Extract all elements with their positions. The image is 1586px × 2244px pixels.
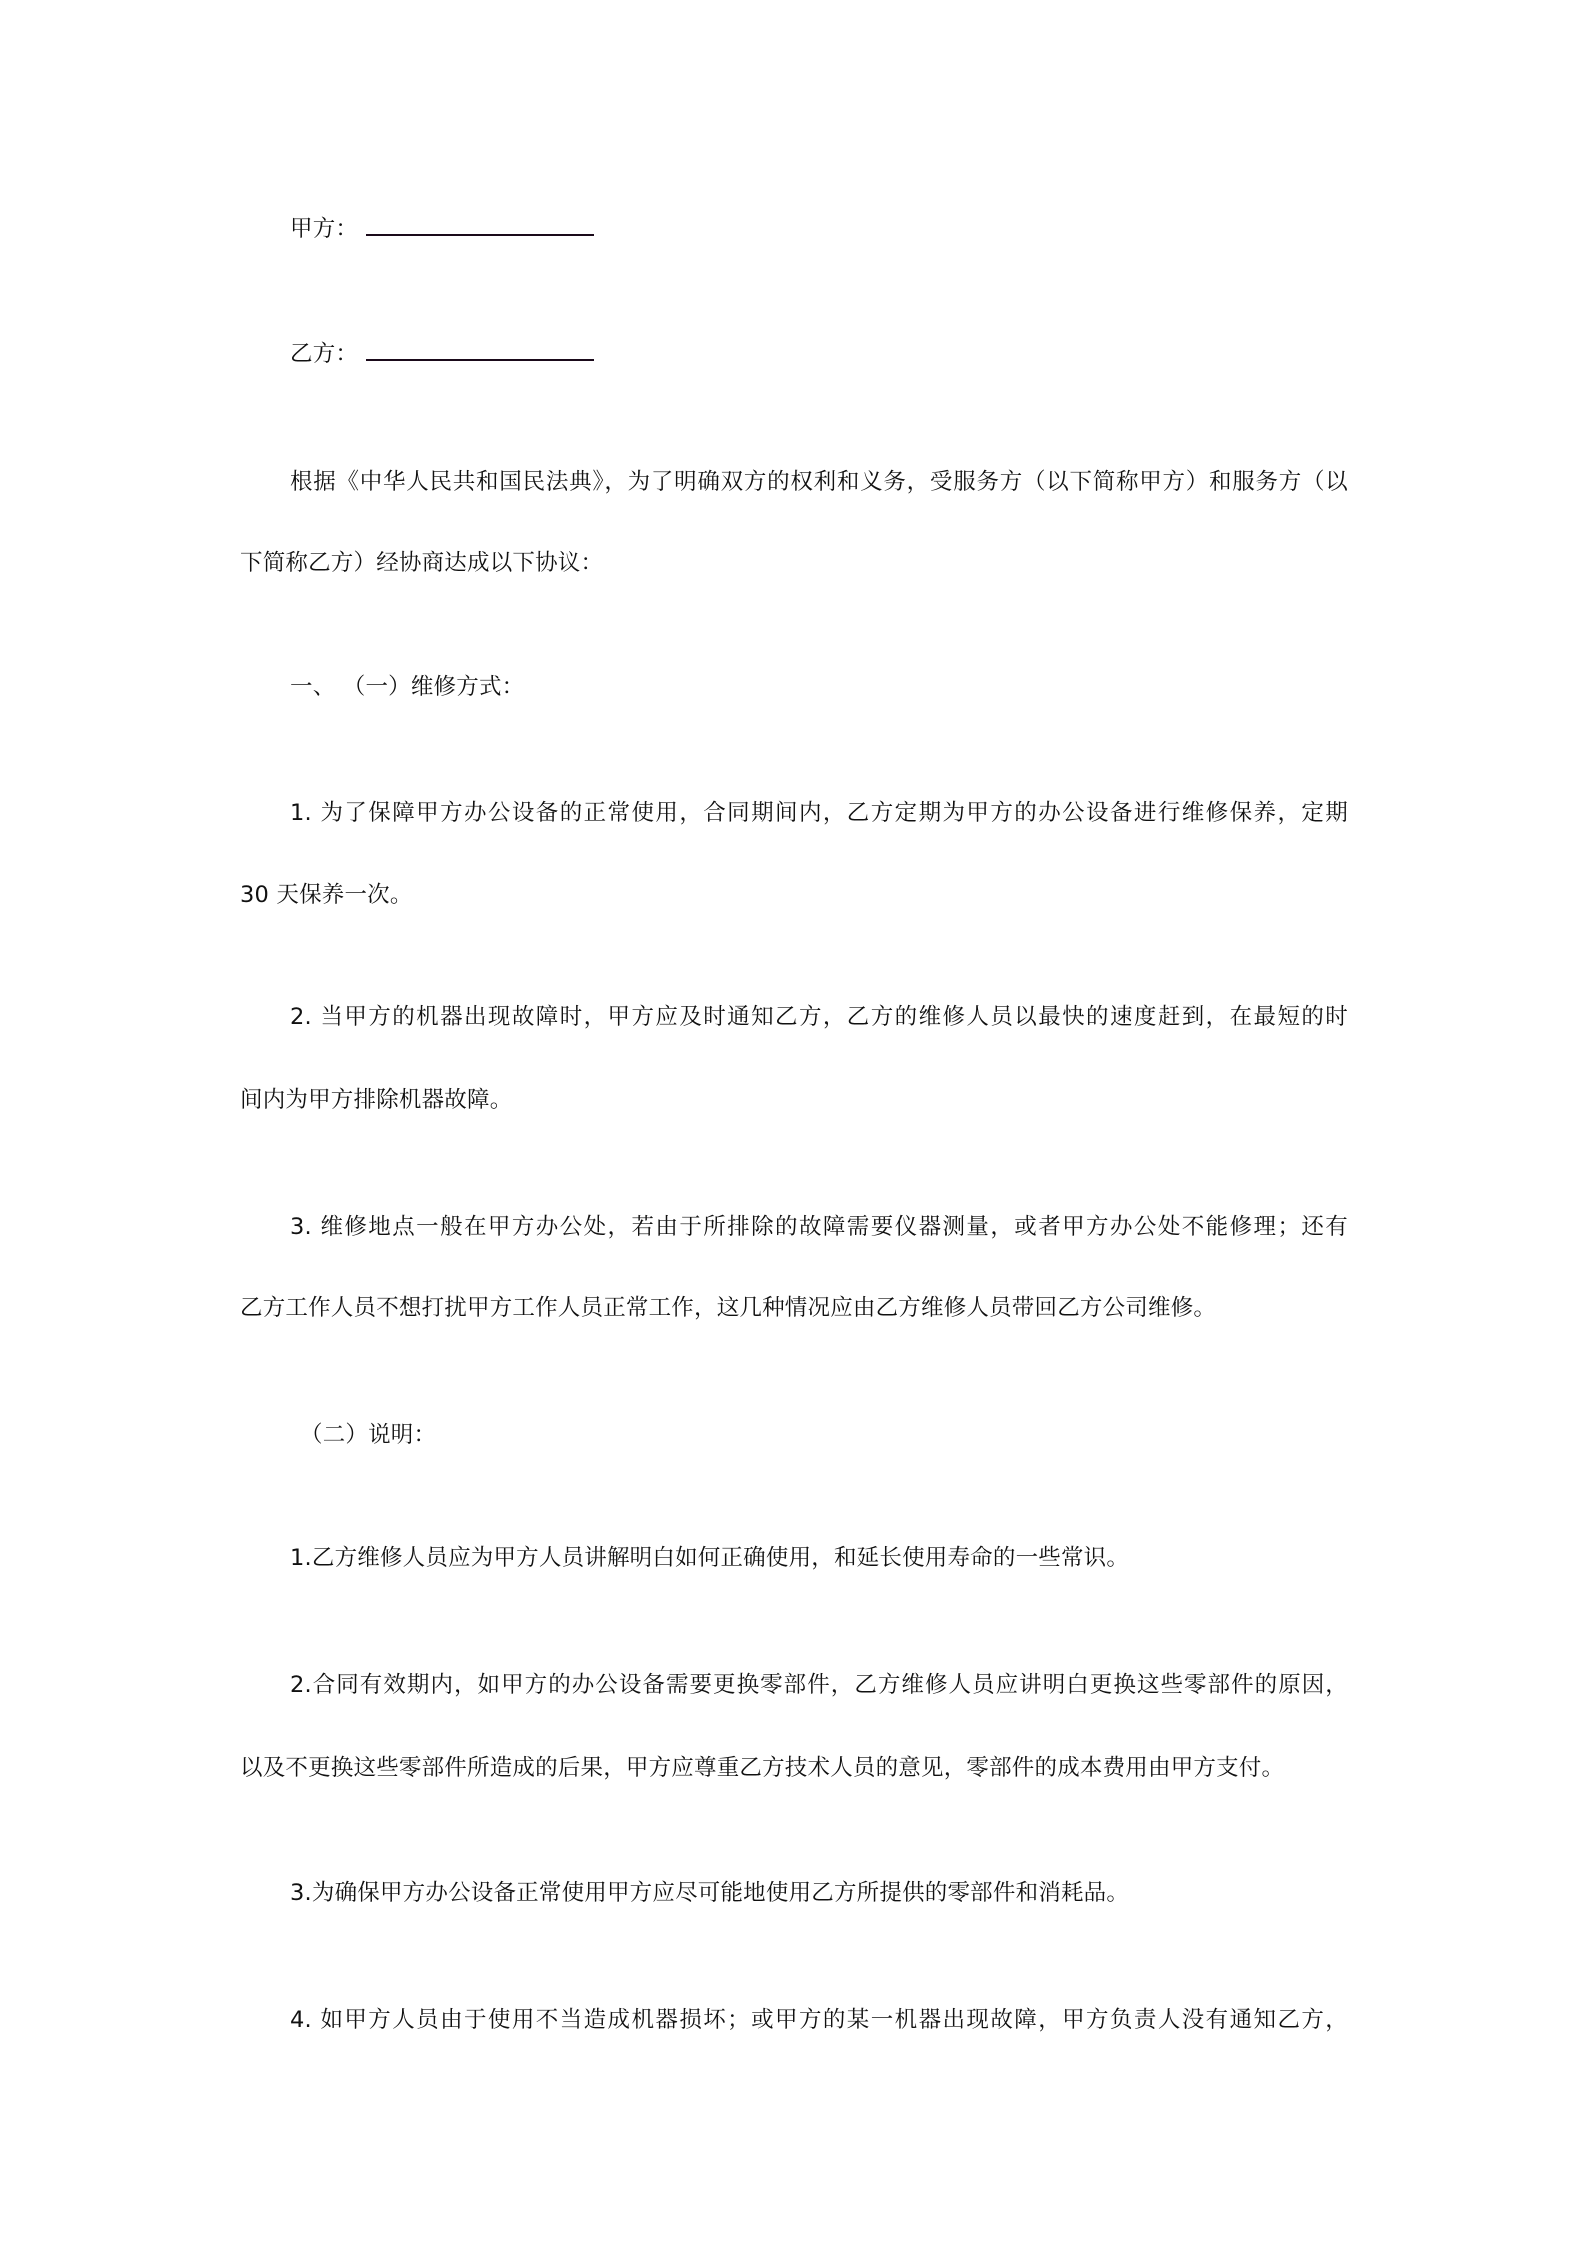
section-1-item-1-line-2: 30 天保养一次。 bbox=[240, 880, 413, 910]
party-b-blank-field[interactable] bbox=[366, 339, 594, 361]
preamble-line-2: 下简称乙方）经协商达成以下协议： bbox=[240, 548, 603, 578]
party-b-row: 乙方： bbox=[290, 339, 594, 369]
party-b-label: 乙方： bbox=[290, 339, 358, 369]
section-2-heading: （二）说明： bbox=[300, 1420, 436, 1450]
party-a-row: 甲方： bbox=[290, 214, 594, 244]
section-2-item-2-line-2: 以及不更换这些零部件所造成的后果，甲方应尊重乙方技术人员的意见，零部件的成本费用… bbox=[240, 1753, 1284, 1783]
section-1-item-2-line-1: 2. 当甲方的机器出现故障时，甲方应及时通知乙方，乙方的维修人员以最快的速度赶到… bbox=[290, 1002, 1348, 1032]
section-2-item-3: 3.为确保甲方办公设备正常使用甲方应尽可能地使用乙方所提供的零部件和消耗品。 bbox=[290, 1878, 1129, 1908]
party-a-label: 甲方： bbox=[290, 214, 358, 244]
section-1-heading: 一、 （一）维修方式： bbox=[290, 672, 524, 702]
section-1-item-1-line-1: 1. 为了保障甲方办公设备的正常使用，合同期间内，乙方定期为甲方的办公设备进行维… bbox=[290, 798, 1348, 828]
section-2-item-2-line-1: 2.合同有效期内，如甲方的办公设备需要更换零部件，乙方维修人员应讲明白更换这些零… bbox=[290, 1670, 1348, 1700]
section-1-item-3-line-1: 3. 维修地点一般在甲方办公处，若由于所排除的故障需要仪器测量，或者甲方办公处不… bbox=[290, 1212, 1348, 1242]
party-a-blank-field[interactable] bbox=[366, 214, 594, 236]
section-1-item-3-line-2: 乙方工作人员不想打扰甲方工作人员正常工作，这几种情况应由乙方维修人员带回乙方公司… bbox=[240, 1293, 1216, 1323]
preamble-line-1: 根据《中华人民共和国民法典》，为了明确双方的权利和义务，受服务方（以下简称甲方）… bbox=[290, 467, 1348, 497]
section-2-item-1: 1.乙方维修人员应为甲方人员讲解明白如何正确使用，和延长使用寿命的一些常识。 bbox=[290, 1543, 1129, 1573]
section-1-item-2-line-2: 间内为甲方排除机器故障。 bbox=[240, 1085, 512, 1115]
section-2-item-4-line-1: 4. 如甲方人员由于使用不当造成机器损坏；或甲方的某一机器出现故障，甲方负责人没… bbox=[290, 2005, 1348, 2035]
